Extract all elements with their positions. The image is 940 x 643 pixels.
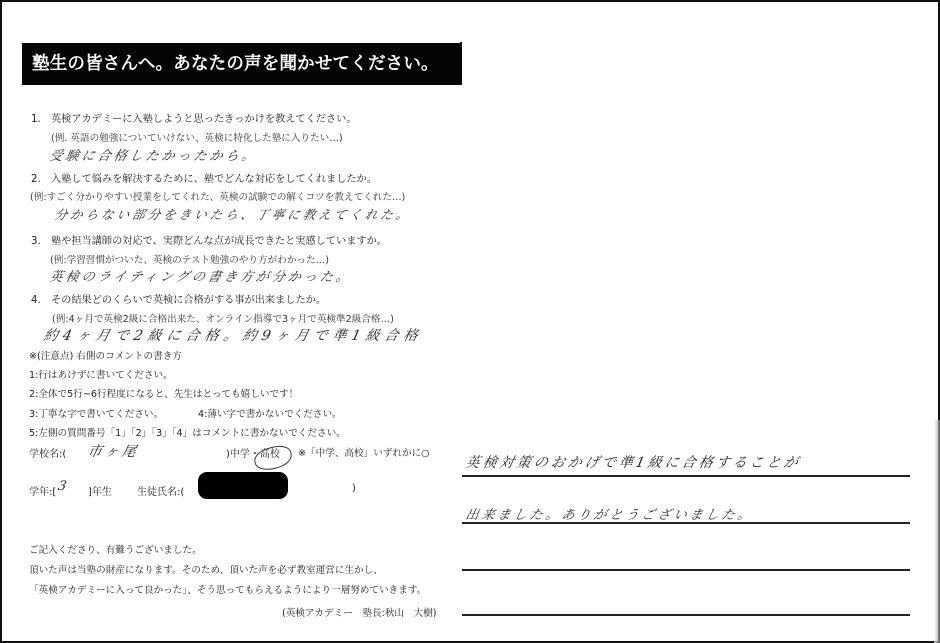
student-name-close: ) [352, 483, 356, 494]
note-item: 5:左側の質問番号「1」「2」「3」「4」はコメントに書かないでください。 [29, 425, 346, 439]
comment-line-1[interactable]: 英検対策のおかげで準1級に合格することが [464, 452, 803, 472]
comment-line-2[interactable]: 出来ました。ありがとうございました。 [464, 504, 756, 523]
question-2-example: (例:すごく分かりやすい授業をしてくれた、英検の試験での解くコツを教えてくれた…… [30, 189, 405, 203]
question-1: 1.英検アカデミーに入塾しようと思ったきっかけを教えてください。 [31, 110, 357, 125]
closing-line: 「英検アカデミーに入って良かった」、そう思ってもらえるようにより一層努めていきま… [29, 582, 426, 596]
question-number: 3. [31, 236, 51, 247]
note-item: 3:丁寧な字で書いてください。 [29, 406, 163, 420]
closing-line: 頂いた声は当塾の財産になります。そのため、頂いた声を必ず教室運営に生かし、 [29, 562, 383, 576]
question-number: 4. [31, 295, 51, 306]
school-name-value[interactable]: 市ヶ尾 [86, 441, 141, 461]
question-1-answer: 受験に合格したかったから。 [48, 145, 260, 164]
grade-label: 学年:[ [29, 483, 56, 498]
student-name-label: 生徒氏名:( [137, 483, 184, 498]
question-4-example: (例:4ヶ月で英検2級に合格出来た、オンライン指導で3ヶ月で英検準2級合格…) [52, 311, 394, 325]
question-text: その結果どのくらいで英検に合格がする事が出来ましたか。 [51, 295, 326, 306]
question-4-answer: 約4ヶ月で2級に合格。約9ヶ月で準1級合格 [42, 325, 425, 345]
scan-edge-shadow [934, 420, 940, 643]
comment-rule [462, 475, 910, 477]
grade-suffix: ]年生 [88, 483, 112, 498]
notes-heading: ※(注意点) 右側のコメントの書き方 [29, 348, 182, 362]
question-3-answer: 英検のライティングの書き方が分かった。 [48, 266, 354, 285]
signature: (英検アカデミー 塾長:秋山 大樹) [282, 605, 437, 619]
school-type-note: ※「中学、高校」いずれかに○ [298, 445, 430, 459]
note-item: 1:行はあけずに書いてください。 [29, 367, 173, 381]
closing-line: ご記入くださり、有難うございました。 [29, 542, 202, 556]
question-number: 2. [31, 174, 51, 185]
comment-rule [462, 569, 910, 571]
question-text: 入塾して悩みを解決するために、塾でどんな対応をしてくれましたか。 [51, 174, 377, 185]
question-2: 2.入塾して悩みを解決するために、塾でどんな対応をしてくれましたか。 [31, 170, 377, 185]
question-3: 3.塾や担当講師の対応で、実際どんな点が成長できたと実感していますか。 [31, 232, 387, 247]
page-title: 塾生の皆さんへ。あなたの声を聞かせてください。 [22, 43, 462, 85]
note-item: 4:薄い字で書かないでください。 [198, 406, 342, 420]
redacted-student-name [198, 472, 288, 499]
question-text: 英検アカデミーに入塾しようと思ったきっかけを教えてください。 [51, 114, 357, 125]
question-3-example: (例:学習習慣がついた、英検のテスト勉強のやり方がわかった…) [50, 252, 329, 266]
question-2-answer: 分からない部分をきいたら、丁寧に教えてくれた。 [53, 205, 413, 223]
question-1-example: (例. 英語の勉強についていけない、英検に特化した塾に入りたい…) [51, 130, 343, 144]
note-item: 2:全体で5行~6行程度になると、先生はとっても嬉しいです！ [29, 386, 298, 400]
comment-rule [462, 614, 910, 616]
question-4: 4.その結果どのくらいで英検に合格がする事が出来ましたか。 [31, 291, 326, 306]
question-text: 塾や担当講師の対応で、実際どんな点が成長できたと実感していますか。 [51, 236, 387, 247]
school-label: 学校名:( [29, 445, 66, 460]
comment-rule [462, 522, 910, 524]
question-number: 1. [31, 114, 51, 125]
